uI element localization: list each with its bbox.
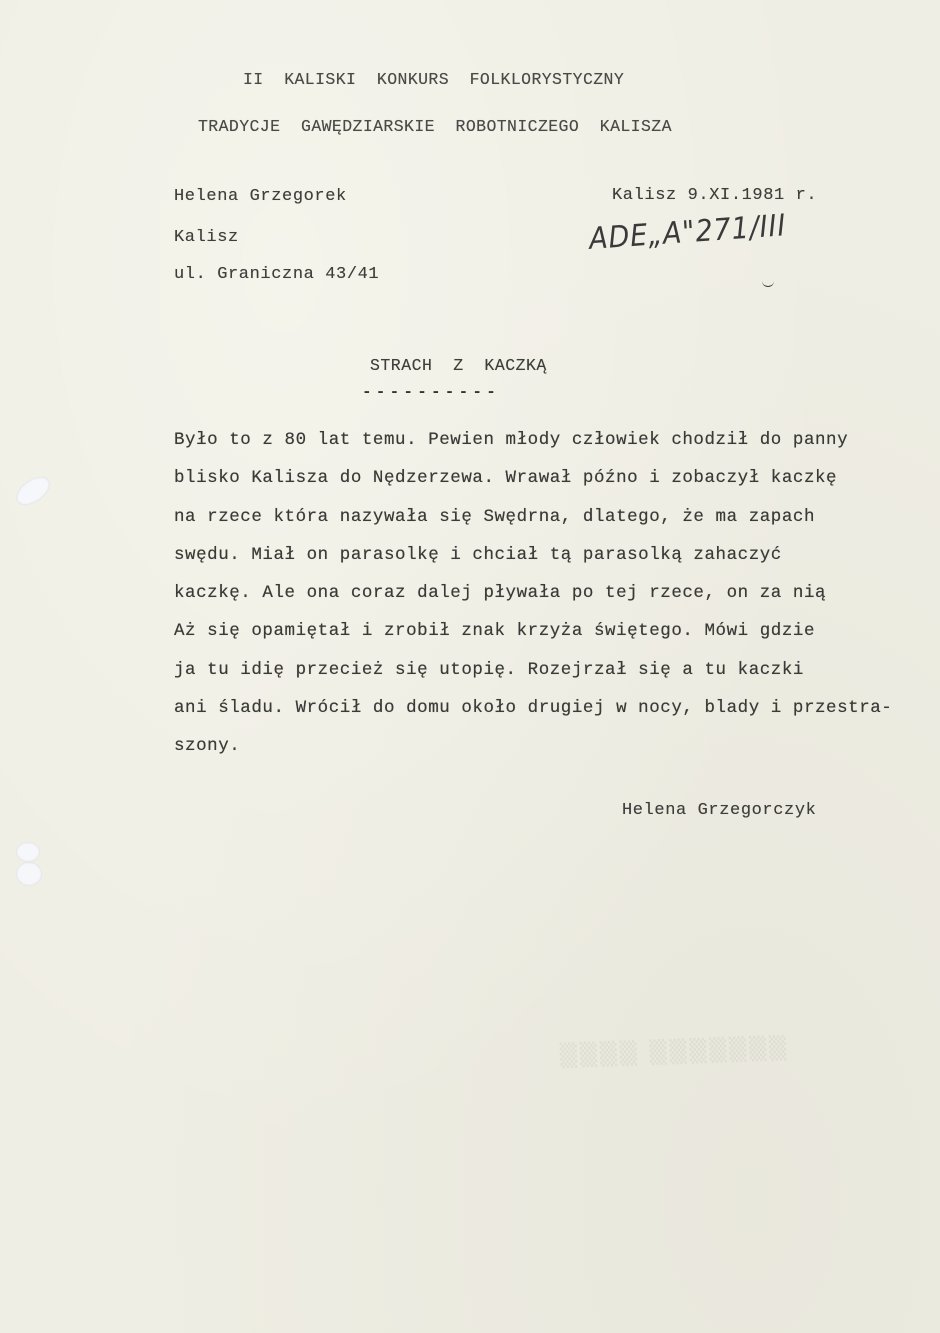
punch-hole-bottom-2 [16,862,42,886]
punch-hole-bottom [16,842,40,862]
body-line: blisko Kalisza do Nędzerzewa. Wrawał póź… [174,468,892,506]
body-line: ani śladu. Wrócił do domu około drugiej … [174,698,892,736]
body-line: Było to z 80 lat temu. Pewien młody czło… [174,430,892,468]
body-line: swędu. Miał on parasolkę i chciał tą par… [174,545,892,583]
header-subtitle: TRADYCJE GAWĘDZIARSKIE ROBOTNICZEGO KALI… [198,117,672,136]
story-body: Było to z 80 lat temu. Pewien młody czło… [174,430,892,775]
signature: Helena Grzegorczyk [622,801,816,820]
sender-city: Kalisz [174,228,239,247]
body-line: na rzece która nazywała się Swędrna, dla… [174,507,892,545]
body-line: ja tu idię przecież się utopię. Rozejrza… [174,660,892,698]
body-line: kaczkę. Ale ona coraz dalej pływała po t… [174,583,892,621]
header-competition-title: II KALISKI KONKURS FOLKLORYSTYCZNY [243,70,624,89]
body-line: szony. [174,736,892,774]
sender-name: Helena Grzegorek [174,187,347,206]
document-date: Kalisz 9.XI.1981 r. [612,186,817,205]
body-line: Aż się opamiętał i zrobił znak krzyża św… [174,621,892,659]
title-underline: ---------- [362,383,500,401]
story-title: STRACH Z KACZKĄ [370,356,547,375]
sender-street: ul. Graniczna 43/41 [174,265,379,284]
